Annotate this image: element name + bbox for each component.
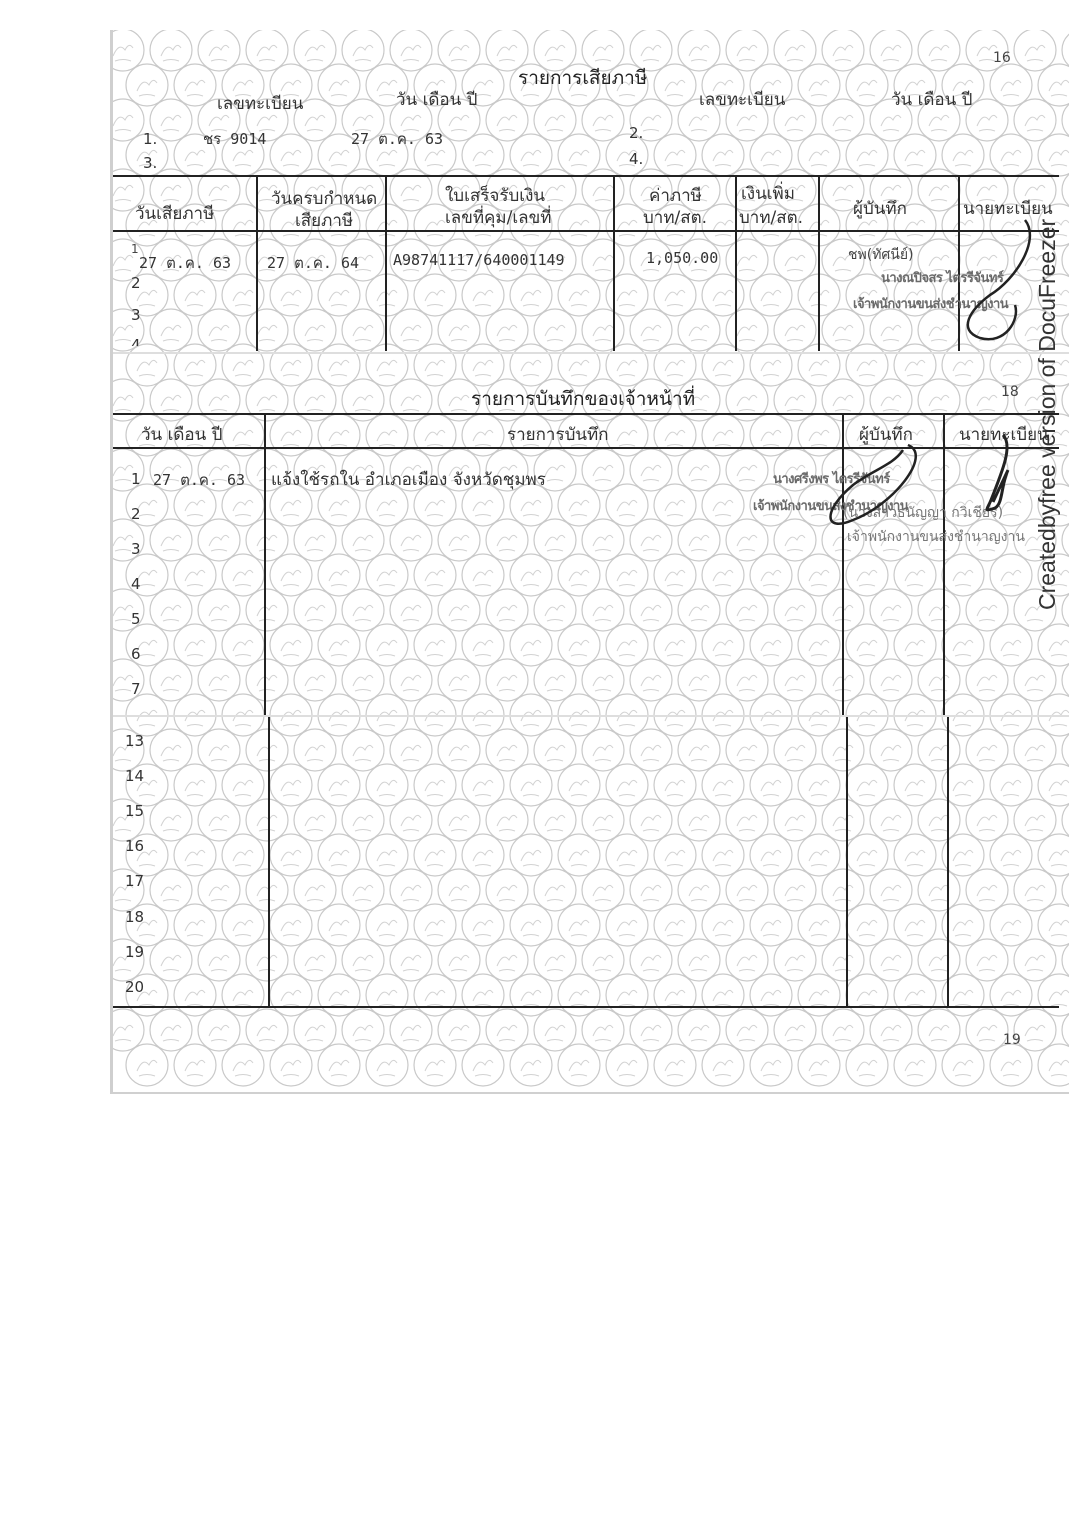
row-number: 7 — [131, 680, 141, 698]
row-number: 14 — [125, 767, 144, 785]
divider — [947, 717, 949, 1007]
row-number: 4 — [131, 575, 141, 593]
date-header-right: วัน เดือน ปี — [891, 86, 972, 113]
date-header-left: วัน เดือน ปี — [396, 86, 477, 113]
col-surcharge: เงินเพิ่ม — [741, 180, 795, 207]
divider — [113, 175, 1059, 177]
row-number: 4 — [131, 336, 141, 346]
recorder-name: ชพ(ทัศนีย์) — [848, 244, 914, 266]
page-number-18: 18 — [1001, 384, 1019, 400]
page-seam — [113, 715, 1069, 717]
col-paid-date: วันเสียภาษี — [135, 200, 214, 227]
tax-section-title: รายการเสียภาษี — [518, 63, 647, 93]
entry-date-1: 27 ต.ค. 63 — [351, 127, 443, 151]
row-number: 17 — [125, 872, 144, 890]
page-seam — [113, 352, 1069, 354]
row-number: 16 — [125, 837, 144, 855]
row-number: 6 — [131, 645, 141, 663]
divider — [735, 175, 737, 351]
row-number: 20 — [125, 978, 144, 996]
row-number: 3 — [131, 540, 141, 558]
divider — [264, 413, 266, 715]
col-note: รายการบันทึก — [507, 421, 609, 448]
page-number-19: 19 — [1003, 1032, 1021, 1048]
watermark: Createdbyfree version of DocuFreezer — [1034, 219, 1061, 610]
divider — [256, 175, 258, 351]
divider — [385, 175, 387, 351]
receipt-number: A98741117/640001149 — [393, 251, 565, 269]
entry-reg-1: ชร 9014 — [203, 127, 266, 151]
entry-index-2: 2. — [629, 124, 643, 142]
row-number: 19 — [125, 943, 144, 961]
col-surcharge-2: บาท/สต. — [739, 204, 803, 231]
reg-header-left: เลขทะเบียน — [217, 90, 303, 117]
col-receipt-2: เลขที่คุม/เลขที่ — [445, 204, 551, 231]
col-tax-2: บาท/สต. — [643, 204, 707, 231]
officer-section-title: รายการบันทึกของเจ้าหน้าที่ — [471, 384, 695, 414]
row-number: 3 — [131, 306, 141, 324]
row-number: 13 — [125, 732, 144, 750]
note-date: 27 ต.ค. 63 — [153, 468, 245, 492]
divider — [818, 175, 820, 351]
entry-index-3: 3. — [143, 154, 157, 172]
due-date: 27 ต.ค. 64 — [267, 251, 359, 275]
recorder-signature — [813, 425, 933, 535]
row-number: 2 — [131, 505, 141, 523]
paid-date: 27 ต.ค. 63 — [139, 251, 231, 275]
divider — [113, 1006, 1059, 1008]
row-number: 5 — [131, 610, 141, 628]
col-due-date-2: เสียภาษี — [295, 207, 353, 234]
col-date: วัน เดือน ปี — [141, 421, 222, 448]
registrar-signature — [945, 210, 1045, 350]
vehicle-registration-page: 16 รายการเสียภาษี เลขทะเบียน วัน เดือน ป… — [110, 30, 1069, 1094]
row-number: 15 — [125, 802, 144, 820]
registrar-signature — [973, 430, 1023, 520]
entry-index-1: 1. — [143, 130, 157, 148]
divider — [113, 230, 1059, 232]
row-number: 1 — [131, 470, 141, 488]
row-number: 2 — [131, 274, 141, 292]
row-number: 18 — [125, 908, 144, 926]
divider — [846, 717, 848, 1007]
page-number-16: 16 — [993, 50, 1011, 66]
reg-header-right: เลขทะเบียน — [699, 86, 785, 113]
divider — [943, 413, 945, 715]
entry-index-4: 4. — [629, 150, 643, 168]
divider — [268, 717, 270, 1007]
divider — [613, 175, 615, 351]
row-number: 1 — [131, 242, 139, 256]
tax-amount: 1,050.00 — [646, 249, 718, 267]
col-recorder: ผู้บันทึก — [853, 195, 907, 222]
divider — [113, 413, 1059, 415]
note-text: แจ้งใช้รถใน อำเภอเมือง จังหวัดชุมพร — [271, 466, 546, 493]
